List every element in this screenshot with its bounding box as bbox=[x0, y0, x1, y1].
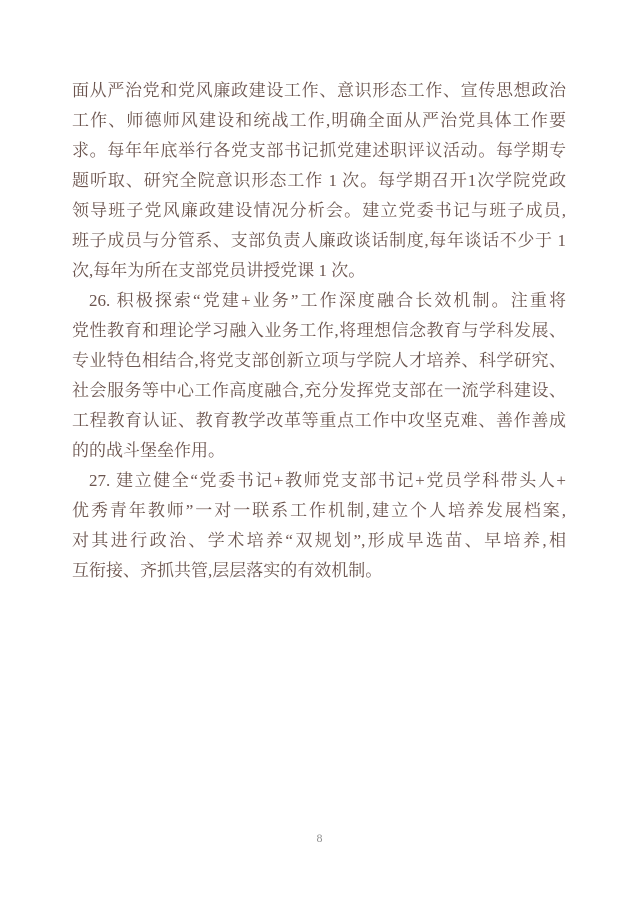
text-line: 题听取、研究全院意识形态工作 1 次。每学期召开1次学院党政 bbox=[72, 166, 566, 196]
text-line: 工作、师德师风建设和统战工作,明确全面从严治党具体工作要 bbox=[72, 106, 566, 136]
text-line: 社会服务等中心工作高度融合,充分发挥党支部在一流学科建设、 bbox=[72, 376, 566, 406]
document-body: 面从严治党和党风廉政建设工作、意识形态工作、宣传思想政治工作、师德师风建设和统战… bbox=[72, 76, 566, 586]
paragraph: 面从严治党和党风廉政建设工作、意识形态工作、宣传思想政治工作、师德师风建设和统战… bbox=[72, 76, 566, 286]
text-line: 班子成员与分管系、支部负责人廉政谈话制度,每年谈话不少于 1 bbox=[72, 226, 566, 256]
paragraph: 26. 积极探索“党建+业务”工作深度融合长效机制。注重将党性教育和理论学习融入… bbox=[72, 286, 566, 466]
document-page: 面从严治党和党风廉政建设工作、意识形态工作、宣传思想政治工作、师德师风建设和统战… bbox=[0, 0, 639, 905]
text-line: 优秀青年教师”一对一联系工作机制,建立个人培养发展档案, bbox=[72, 496, 566, 526]
text-line: 互衔接、齐抓共管,层层落实的有效机制。 bbox=[72, 556, 566, 586]
text-line: 工程教育认证、教育教学改革等重点工作中攻坚克难、善作善成 bbox=[72, 406, 566, 436]
text-line: 次,每年为所在支部党员讲授党课 1 次。 bbox=[72, 256, 566, 286]
text-line: 党性教育和理论学习融入业务工作,将理想信念教育与学科发展、 bbox=[72, 316, 566, 346]
text-line: 面从严治党和党风廉政建设工作、意识形态工作、宣传思想政治 bbox=[72, 76, 566, 106]
text-line: 对其进行政治、学术培养“双规划”,形成早选苗、早培养,相 bbox=[72, 526, 566, 556]
text-line: 26. 积极探索“党建+业务”工作深度融合长效机制。注重将 bbox=[72, 286, 566, 316]
page-number: 8 bbox=[0, 830, 639, 846]
text-line: 领导班子党风廉政建设情况分析会。建立党委书记与班子成员, bbox=[72, 196, 566, 226]
text-line: 的的战斗堡垒作用。 bbox=[72, 436, 566, 466]
text-line: 专业特色相结合,将党支部创新立项与学院人才培养、科学研究、 bbox=[72, 346, 566, 376]
text-line: 求。每年年底举行各党支部书记抓党建述职评议活动。每学期专 bbox=[72, 136, 566, 166]
text-line: 27. 建立健全“党委书记+教师党支部书记+党员学科带头人+ bbox=[72, 466, 566, 496]
paragraph: 27. 建立健全“党委书记+教师党支部书记+党员学科带头人+优秀青年教师”一对一… bbox=[72, 466, 566, 586]
